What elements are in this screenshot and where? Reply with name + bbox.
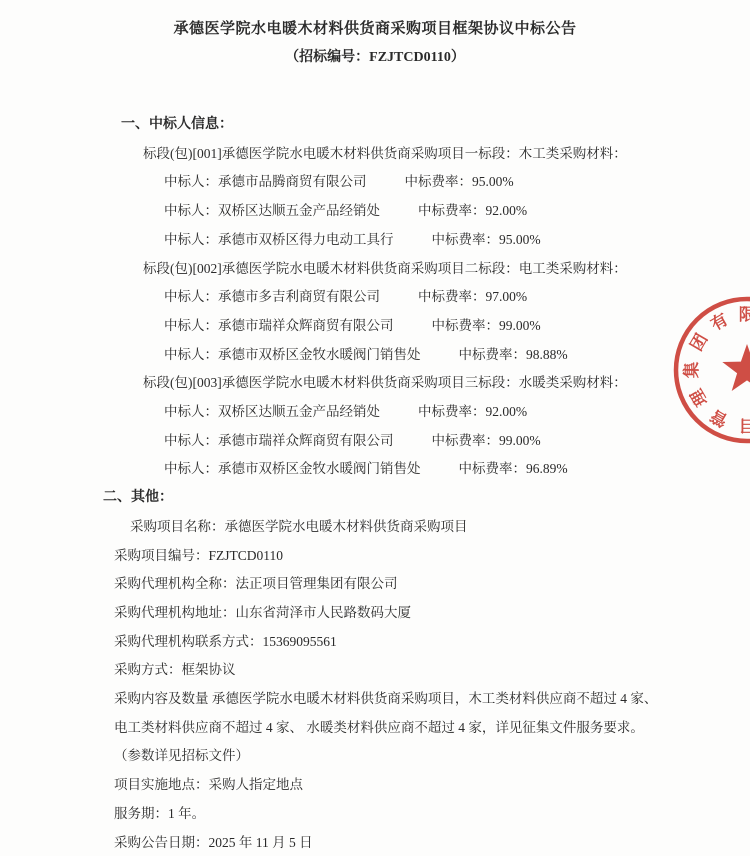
detail-service-period: 服务期：1 年。 xyxy=(0,800,750,829)
winner-name: 承德市多吉利商贸有限公司 xyxy=(218,289,380,304)
winner-name: 双桥区达顺五金产品经销处 xyxy=(218,203,380,218)
svg-text:集: 集 xyxy=(681,361,701,378)
detail-content-quantity-line1: 采购内容及数量 承德医学院水电暖木材料供货商采购项目，木工类材料供应商不超过 4… xyxy=(0,685,750,714)
winner-label: 中标人： xyxy=(164,203,218,218)
winner-label: 中标人： xyxy=(164,318,218,333)
winner-name: 承德市双桥区金牧水暖阀门销售处 xyxy=(218,461,421,476)
winner-name: 承德市瑞祥众辉商贸有限公司 xyxy=(218,433,394,448)
winner-row: 中标人：承德市双桥区得力电动工具行 中标费率：95.00% xyxy=(0,226,750,255)
lot-001-heading: 标段(包)[001]承德医学院水电暖木材料供货商采购项目一标段：木工类采购材料： xyxy=(0,140,750,169)
fee-value: 96.89% xyxy=(526,461,568,476)
winner-name: 承德市双桥区金牧水暖阀门销售处 xyxy=(218,347,421,362)
svg-text:团: 团 xyxy=(687,330,712,354)
detail-agency-contact: 采购代理机构联系方式：15369095561 xyxy=(0,628,750,657)
fee-value: 92.00% xyxy=(486,404,528,419)
fee-label: 中标费率： xyxy=(418,289,486,304)
winners-section-heading: 一、中标人信息： xyxy=(0,111,750,140)
winner-label: 中标人： xyxy=(164,174,218,189)
tender-number: （招标编号：FZJTCD0110） xyxy=(0,46,750,66)
star-icon xyxy=(722,344,750,391)
fee-label: 中标费率： xyxy=(405,174,473,189)
winner-label: 中标人： xyxy=(164,433,218,448)
detail-procurement-method: 采购方式：框架协议 xyxy=(0,656,750,685)
announcement-title: 承德医学院水电暖木材料供货商采购项目框架协议中标公告 xyxy=(0,17,750,38)
svg-text:管: 管 xyxy=(706,405,731,431)
fee-value: 97.00% xyxy=(486,289,528,304)
detail-agency-name: 采购代理机构全称：法正项目管理集团有限公司 xyxy=(0,570,750,599)
winner-label: 中标人： xyxy=(164,461,218,476)
svg-text:理: 理 xyxy=(686,385,711,409)
winner-label: 中标人： xyxy=(164,404,218,419)
winner-row: 中标人：双桥区达顺五金产品经销处 中标费率：92.00% xyxy=(0,197,750,226)
fee-value: 92.00% xyxy=(486,203,528,218)
document-page: 承德医学院水电暖木材料供货商采购项目框架协议中标公告 （招标编号：FZJTCD0… xyxy=(0,0,750,856)
svg-text:目: 目 xyxy=(739,416,750,435)
detail-project-code: 采购项目编号：FZJTCD0110 xyxy=(0,542,750,571)
winner-label: 中标人： xyxy=(164,232,218,247)
fee-label: 中标费率： xyxy=(432,433,500,448)
fee-value: 95.00% xyxy=(472,174,514,189)
fee-label: 中标费率： xyxy=(432,318,500,333)
winner-name: 承德市双桥区得力电动工具行 xyxy=(218,232,394,247)
fee-label: 中标费率： xyxy=(459,461,527,476)
detail-implementation-site: 项目实施地点：采购人指定地点 xyxy=(0,771,750,800)
winner-name: 承德市品腾商贸有限公司 xyxy=(218,174,367,189)
winner-row: 中标人：承德市品腾商贸有限公司 中标费率：95.00% xyxy=(0,168,750,197)
fee-label: 中标费率： xyxy=(432,232,500,247)
detail-announcement-date: 采购公告日期：2025 年 11 月 5 日 xyxy=(0,829,750,856)
other-section-heading: 二、其他： xyxy=(0,484,750,513)
fee-value: 99.00% xyxy=(499,318,541,333)
detail-content-quantity-line2: 电工类材料供应商不超过 4 家、 水暖类材料供应商不超过 4 家，详见征集文件服… xyxy=(0,714,750,743)
fee-value: 95.00% xyxy=(499,232,541,247)
fee-value: 98.88% xyxy=(526,347,568,362)
svg-text:限: 限 xyxy=(739,305,750,324)
winner-label: 中标人： xyxy=(164,347,218,362)
fee-label: 中标费率： xyxy=(459,347,527,362)
document-body: 一、中标人信息： 标段(包)[001]承德医学院水电暖木材料供货商采购项目一标段… xyxy=(0,111,750,856)
detail-project-name: 采购项目名称：承德医学院水电暖木材料供货商采购项目 xyxy=(0,513,750,542)
agency-seal: 法 正 项 目 管 理 集 团 有 限 公 司 xyxy=(637,260,750,480)
fee-label: 中标费率： xyxy=(418,203,486,218)
winner-name: 双桥区达顺五金产品经销处 xyxy=(218,404,380,419)
detail-agency-address: 采购代理机构地址：山东省菏泽市人民路数码大厦 xyxy=(0,599,750,628)
winner-label: 中标人： xyxy=(164,289,218,304)
fee-value: 99.00% xyxy=(499,433,541,448)
detail-parameters-note: （参数详见招标文件） xyxy=(0,742,750,771)
fee-label: 中标费率： xyxy=(418,404,486,419)
winner-name: 承德市瑞祥众辉商贸有限公司 xyxy=(218,318,394,333)
svg-text:有: 有 xyxy=(707,308,732,334)
